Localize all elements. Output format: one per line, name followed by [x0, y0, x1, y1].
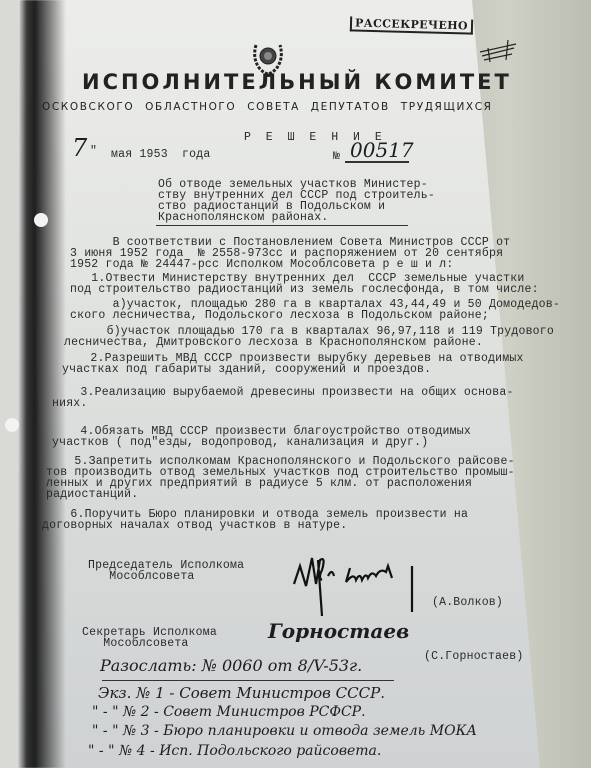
preamble-line: 1952 года № 24447-рсс Исполком Мособлсов… [70, 258, 453, 271]
punch-hole [34, 213, 48, 227]
subject-line: Краснополянском районах. [158, 211, 328, 224]
subject-underline [156, 225, 408, 226]
number-underline [345, 161, 409, 163]
secretary-name: (С.Горностаев) [424, 650, 523, 663]
distribution-line: " - " № 2 - Совет Министров РСФСР. [92, 704, 366, 720]
secretary-signature: Горностаев [268, 619, 409, 643]
chairman-signature-icon [292, 550, 442, 620]
item-3-line: 3.Реализацию вырубаемой древесины произв… [52, 386, 514, 399]
chairman-title: Мособлсовета [88, 570, 195, 583]
item-6-line: договорных началах отвод участков в нату… [42, 519, 347, 532]
item-1b-line: лесничества, Дмитровского лесхоза в Крас… [64, 336, 483, 349]
secretary-title: Мособлсовета [82, 637, 189, 650]
page-edge [0, 0, 18, 768]
distribution-underline [102, 680, 394, 681]
chairman-name: (А.Волков) [432, 596, 503, 609]
item-4-line: участков ( под"езды, водопровод, канализ… [52, 436, 428, 449]
header-title: ИСПОЛНИТЕЛЬНЫЙ КОМИТЕТ [82, 70, 512, 94]
item-5-line: радиостанций. [46, 488, 138, 501]
photocopy-binding-shadow [18, 0, 66, 768]
initials-mark-icon [478, 38, 522, 64]
item-1a-line: ского лесничества, Подольского лесхоза в… [70, 309, 489, 322]
distribution-line: Экз. № 1 - Совет Министров СССР. [98, 684, 385, 702]
decision-day: 7 [72, 134, 87, 162]
decision-number: 00517 [350, 138, 414, 162]
item-2-line: участках под габариты зданий, сооружений… [62, 363, 431, 376]
item-3-line: ниях. [52, 397, 88, 410]
distribution-heading: Разослать: № 0060 от 8/V-53г. [100, 656, 362, 675]
decision-number-prefix: № [333, 150, 340, 163]
punch-hole [5, 418, 19, 432]
item-1-line: под строительство радиостанций из земель… [70, 283, 539, 296]
declassified-stamp: РАССЕКРЕЧЕНО [350, 16, 473, 34]
distribution-line: " - " № 4 - Исп. Подольского райсовета. [88, 743, 381, 759]
header-subtitle: ОСКОВСКОГО ОБЛАСТНОГО СОВЕТА ДЕПУТАТОВ Т… [42, 101, 493, 113]
distribution-line: " - " № 3 - Бюро планировки и отвода зем… [92, 723, 477, 739]
decision-day-quote: " [90, 145, 97, 158]
decision-date: мая 1953 года [111, 148, 210, 161]
